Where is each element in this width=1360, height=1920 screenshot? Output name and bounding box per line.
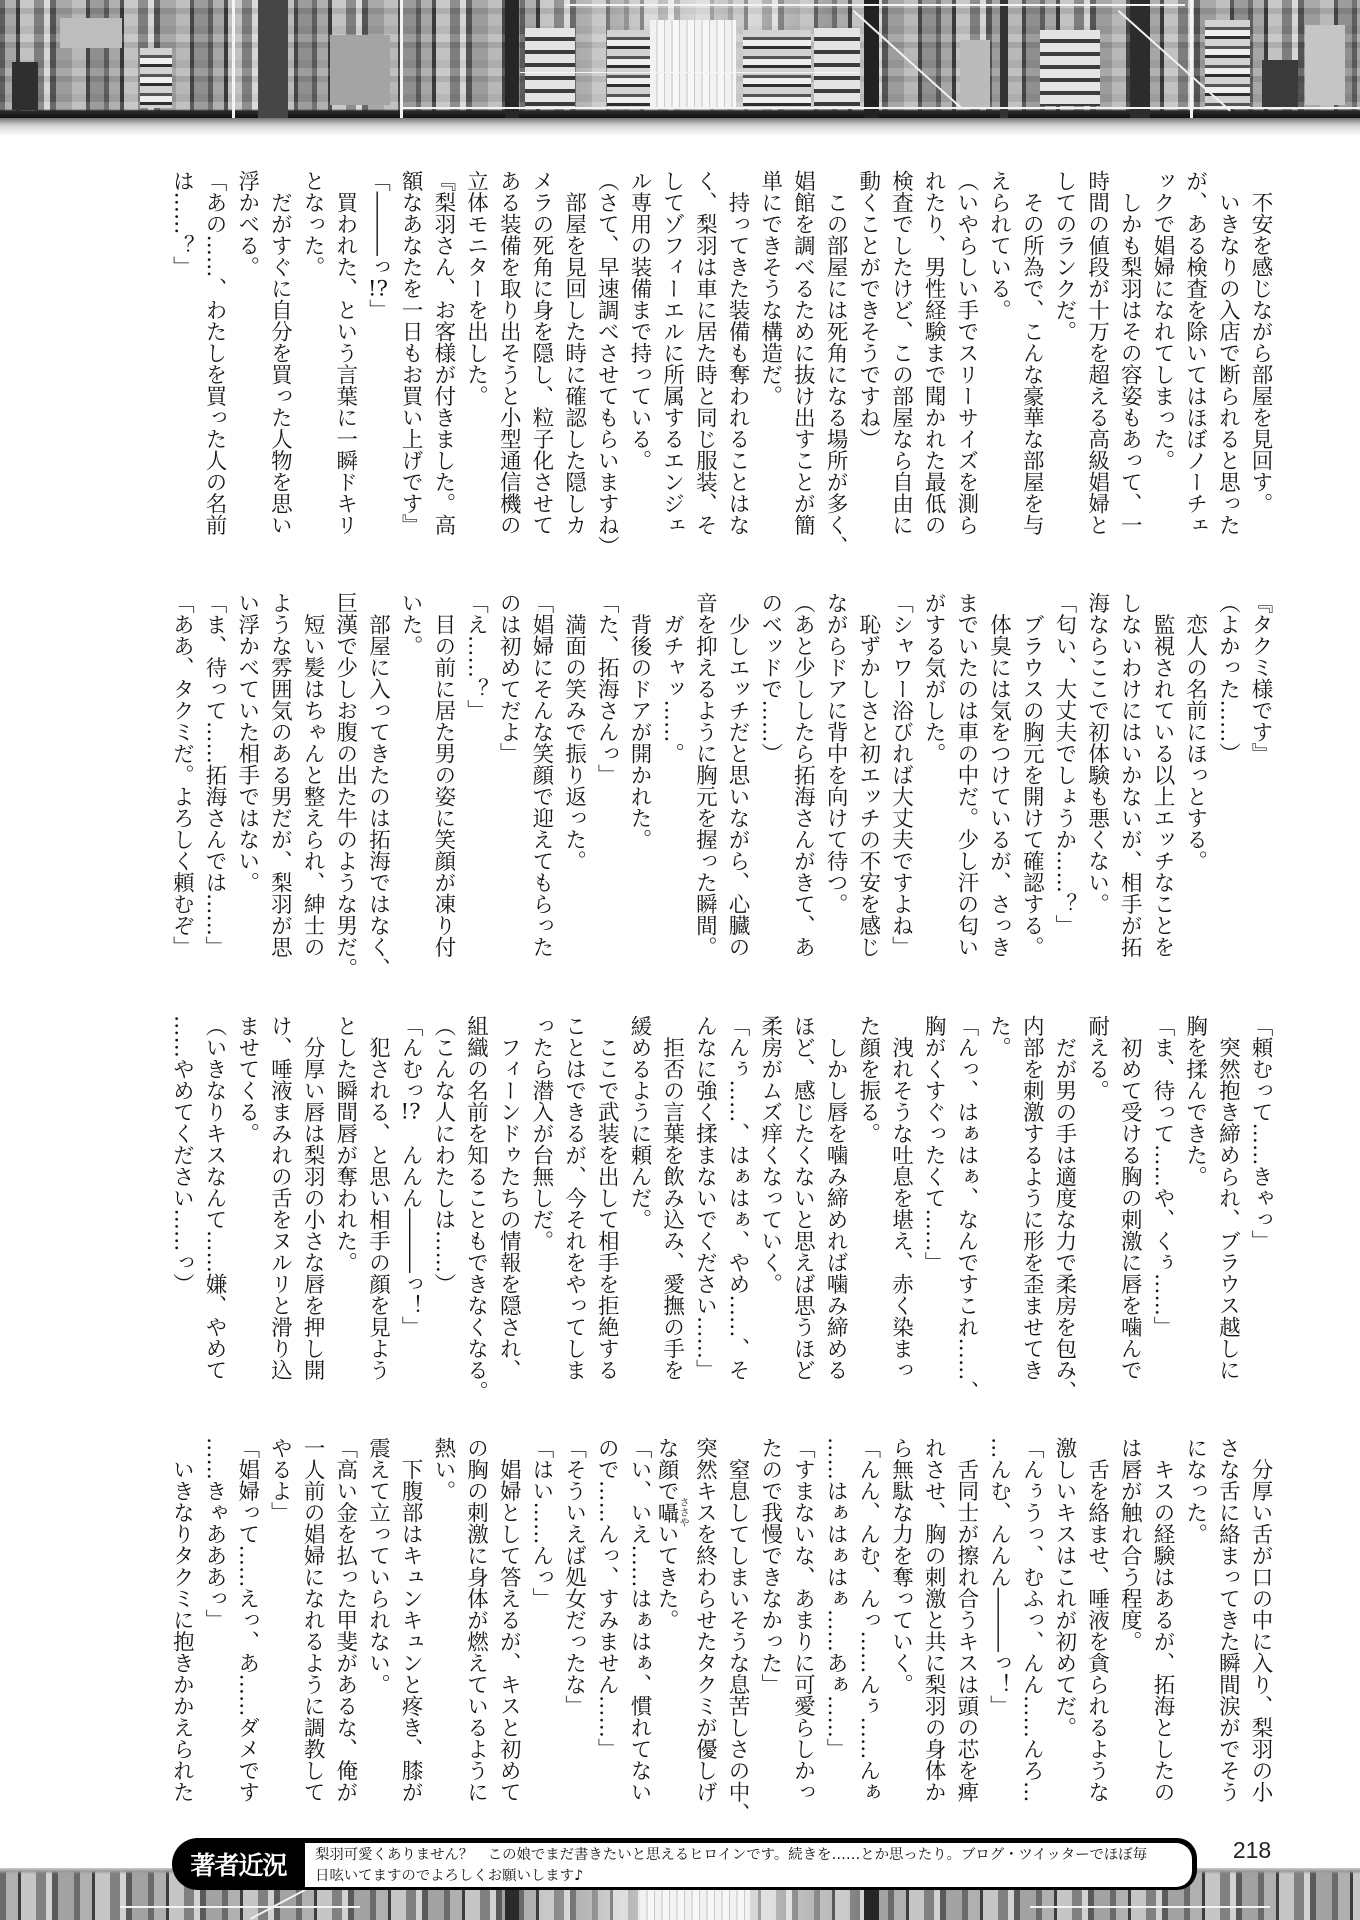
banner-white-line: [400, 107, 1360, 109]
text-column: しかも梨羽はその容姿もあって、一: [1113, 170, 1146, 562]
text-column: 「そういえば処女だったな」: [557, 1437, 590, 1829]
text-column: 舌を絡ませ、唾液を貪られるような: [1080, 1437, 1113, 1829]
banner-panel: [60, 18, 122, 48]
text-column: 「んむっ!? んんん―――っ！」: [393, 1015, 426, 1407]
text-column: は……？」: [165, 170, 198, 562]
text-column: 浮かべる。: [230, 170, 263, 562]
text-column: 検査でしたけど、この部屋なら自由に: [884, 170, 917, 562]
text-column: 単にできそうな構造だ。: [753, 170, 786, 562]
text-column: 突然抱き締められ、ブラウス越しに: [1211, 1015, 1244, 1407]
text-column: （よかった……）: [1211, 592, 1244, 984]
text-tier-1: 不安を感じながら部屋を見回す。 いきなりの入店で断られると思ったが、ある検査を除…: [164, 170, 1276, 562]
text-tier-3: 「頼むって……きゃっ」 突然抱き締められ、ブラウス越しに胸を揉んできた。「ま、待…: [164, 1015, 1276, 1407]
text-column: 動くことができそうですね）: [851, 170, 884, 562]
text-column: ませてくる。: [230, 1015, 263, 1407]
text-column: 分厚い舌が口の中に入り、梨羽の小: [1243, 1437, 1276, 1829]
text-column: （こんな人にわたしは……）: [426, 1015, 459, 1407]
text-column: け、唾液まみれの舌をヌルリと滑り込: [263, 1015, 296, 1407]
text-column: ら無駄な力を奪っていく。: [884, 1437, 917, 1829]
banner-white-line: [565, 4, 1185, 6]
text-column: 「んっ、はぁはぁ、なんですこれ……、: [949, 1015, 982, 1407]
text-column: 柔房がムズ痒くなっていく。: [753, 1015, 786, 1407]
text-column: 『梨羽さん、お客様が付きました。高: [426, 170, 459, 562]
text-column: 「はい……んっ」: [524, 1437, 557, 1829]
magazine-page: 不安を感じながら部屋を見回す。 いきなりの入店で断られると思ったが、ある検査を除…: [0, 0, 1360, 1920]
text-column: ガチャッ……。: [655, 592, 688, 984]
text-column: 「んん、んむ、んっ……んぅ……んぁ: [851, 1437, 884, 1829]
text-column: 胸を揉んできた。: [1178, 1015, 1211, 1407]
text-column: いきなりタクミに抱きかかえられた: [165, 1437, 198, 1829]
banner-panel: [960, 40, 990, 108]
text-column: 「え……？」: [459, 592, 492, 984]
text-column: 「ま、待って……拓海さんでは……」: [197, 592, 230, 984]
text-column: （いやらしい手でスリーサイズを測ら: [949, 170, 982, 562]
banner-dark-bar: [1262, 60, 1298, 108]
banner-white-line: [520, 72, 860, 73]
text-column: 少しエッチだと思いながら、心臓の: [720, 592, 753, 984]
text-column: 「い、いえ……はぁはぁ、慣れてない: [622, 1437, 655, 1829]
text-column: 巨漢で少しお腹の出た牛のような男だ。: [328, 592, 361, 984]
text-column: だが男の手は適度な力で柔房を包み、: [1047, 1015, 1080, 1407]
text-column: 満面の笑みで振り返った。: [557, 592, 590, 984]
text-column: しかし唇を噛み締めれば噛み締める: [818, 1015, 851, 1407]
text-column: 音を抑えるように胸元を握った瞬間。: [688, 592, 721, 984]
text-column: ……きゃあああっ」: [197, 1437, 230, 1829]
text-column: 立体モニターを出した。: [459, 170, 492, 562]
tate-chu-yoko: !?: [365, 278, 390, 300]
text-column: 「んぅ……、はぁはぁ、やめ……、そ: [720, 1015, 753, 1407]
text-column: ブラウスの胸元を開けて確認する。: [1015, 592, 1048, 984]
text-column: とした瞬間唇が奪われた。: [328, 1015, 361, 1407]
text-column: この部屋には死角になる場所が多く、: [818, 170, 851, 562]
text-column: 恋人の名前にほっとする。: [1178, 592, 1211, 984]
text-column: メラの死角に身を隠し、粒子化させて: [524, 170, 557, 562]
banner-slat-panel: [607, 30, 650, 108]
text-column: 「匂い、大丈夫でしょうか……？」: [1047, 592, 1080, 984]
text-column: してゾフィーエルに所属するエンジェ: [655, 170, 688, 562]
text-column: く、梨羽は車に居た時と同じ服装、そ: [688, 170, 721, 562]
text-column: 犯される、と思い相手の顔を見よう: [361, 1015, 394, 1407]
text-column: となった。: [295, 170, 328, 562]
banner-white-line: [1030, 1906, 1270, 1908]
text-column: 『タクミ様です』: [1243, 592, 1276, 984]
text-column: ある装備を取り出そうと小型通信機の: [492, 170, 525, 562]
text-column: だがすぐに自分を買った人物を思い: [263, 170, 296, 562]
text-column: 下腹部はキュンキュンと疼き、膝が: [393, 1437, 426, 1829]
banner-slat-panel: [140, 48, 172, 108]
text-column: 監視されている以上エッチなことを: [1145, 592, 1178, 984]
text-tier-4: 分厚い舌が口の中に入り、梨羽の小さな舌に絡まってきた瞬間涙がでそうになった。 キ…: [164, 1437, 1276, 1829]
text-column: 「娼婦って……えっ、あ……ダメです: [230, 1437, 263, 1829]
text-column: 突然キスを終わらせたタクミが優しげ: [688, 1437, 721, 1829]
text-column: フィーンドゥたちの情報を隠され、: [492, 1015, 525, 1407]
text-column: その所為で、こんな豪華な部屋を与: [1015, 170, 1048, 562]
text-column: 部屋を見回した時に確認した隠しカ: [557, 170, 590, 562]
banner-slat-panel: [525, 28, 575, 108]
text-column: 洩れそうな吐息を堪え、赤く染まっ: [884, 1015, 917, 1407]
text-column: 「た、拓海さんっ」: [590, 592, 623, 984]
text-column: が、ある検査を除いてはほぼノーチェ: [1178, 170, 1211, 562]
author-note-line-2: 日呟いてますのでよろしくお願いします♪: [315, 1866, 1192, 1887]
banner-dark-bar: [505, 0, 519, 118]
author-note-line-1: 梨羽可愛くありません？ この娘でまだ書きたいと思えるヒロインです。続きを……とか…: [315, 1845, 1192, 1866]
text-column: 「頼むって……きゃっ」: [1243, 1015, 1276, 1407]
text-column: になった。: [1178, 1437, 1211, 1829]
header-banner: [0, 0, 1360, 118]
banner-panel: [330, 35, 390, 105]
text-column: ったら潜入が台無しだ。: [524, 1015, 557, 1407]
text-column: 持ってきた装備も奪われることはな: [720, 170, 753, 562]
text-column: 「あの……、わたしを買った人の名前: [197, 170, 230, 562]
text-column: （いきなりキスなんて……嫌、やめて: [197, 1015, 230, 1407]
text-column: （あと少ししたら拓海さんがきて、あ: [786, 592, 819, 984]
text-column: 拒否の言葉を飲み込み、愛撫の手を: [655, 1015, 688, 1407]
text-column: ……はぁはぁはぁ……あぁ……」: [818, 1437, 851, 1829]
text-column: 「―――っ!?」: [361, 170, 394, 562]
text-column: 「シャワー浴びれば大丈夫ですよね」: [884, 592, 917, 984]
text-column: 震えて立っていられない。: [361, 1437, 394, 1829]
text-column: ル専用の装備まで持っている。: [622, 170, 655, 562]
text-column: がする気がした。: [916, 592, 949, 984]
text-column: えられている。: [982, 170, 1015, 562]
author-note-text: 梨羽可愛くありません？ この娘でまだ書きたいと思えるヒロインです。続きを……とか…: [305, 1843, 1192, 1887]
text-column: ……やめてください……っ）: [165, 1015, 198, 1407]
text-segment: な顔で: [654, 1437, 679, 1502]
text-column: 娼館を調べるために抜け出すことが簡: [786, 170, 819, 562]
text-column: のは初めてだよ」: [492, 592, 525, 984]
text-column: …んむ、んんん―――っ！」: [982, 1437, 1015, 1829]
text-column: さな舌に絡まってきた瞬間涙がでそう: [1211, 1437, 1244, 1829]
text-column: ックで娼婦になれてしまった。: [1145, 170, 1178, 562]
text-column: 舌同士が擦れ合うキスは頭の芯を痺: [949, 1437, 982, 1829]
text-column: たので我慢できなかった」: [753, 1437, 786, 1829]
text-column: 緩めるように頼んだ。: [622, 1015, 655, 1407]
text-column: 「高い金を払った甲斐があるな、俺が: [328, 1437, 361, 1829]
text-column: ことはできるが、今それをやってしま: [557, 1015, 590, 1407]
text-column: 「ま、待って……や、くぅ……」: [1145, 1015, 1178, 1407]
banner-panel: [1305, 25, 1345, 105]
text-column: 額なあなたを一日もお買い上げです』: [393, 170, 426, 562]
banner-white-line: [1190, 0, 1193, 118]
text-column: 分厚い唇は梨羽の小さな唇を押し開: [295, 1015, 328, 1407]
text-column: 「すまないな、あまりに可愛らしかっ: [786, 1437, 819, 1829]
text-column: の胸の刺激に身体が燃えているように: [459, 1437, 492, 1829]
text-column: んなに強く揉まないでください……」: [688, 1015, 721, 1407]
banner-dark-bar: [1000, 0, 1008, 118]
banner-dark-bar: [864, 0, 879, 118]
banner-slat-panel: [743, 30, 811, 108]
text-column: 激しいキスはこれが初めてだ。: [1047, 1437, 1080, 1829]
text-column: ような雰囲気のある男だが、梨羽が思: [263, 592, 296, 984]
text-column: れたり、男性経験まで聞かれた最低の: [916, 170, 949, 562]
text-column: 海ならここで初体験も悪くない。: [1080, 592, 1113, 984]
text-column: い浮かべていた相手ではない。: [230, 592, 263, 984]
text-column: してのランクだ。: [1047, 170, 1080, 562]
author-note-label: 著者近況: [172, 1838, 305, 1890]
banner-bright-center: [650, 20, 736, 108]
text-column: 耐える。: [1080, 1015, 1113, 1407]
text-column: いきなりの入店で断られると思った: [1211, 170, 1244, 562]
text-column: （さて、早速調べさせてもらいますね）: [590, 170, 623, 562]
text-column: 内部を刺激するように形を歪ませてき: [1015, 1015, 1048, 1407]
banner-dark-bar: [1130, 0, 1150, 118]
text-segment: いてきた。: [654, 1523, 679, 1631]
text-column: いた。: [393, 592, 426, 984]
text-column: な顔で囁ささやいてきた。: [655, 1437, 688, 1829]
text-column: 一人前の娼婦になれるように調教して: [295, 1437, 328, 1829]
text-column: 「娼婦にそんな笑顔で迎えてもらった: [524, 592, 557, 984]
text-column: のベッドで……）: [753, 592, 786, 984]
banner-dark-bar: [258, 0, 288, 118]
text-column: 娼婦として答えるが、キスと初めて: [492, 1437, 525, 1829]
text-column: れさせ、胸の刺激と共に梨羽の身体か: [916, 1437, 949, 1829]
ruby-text: ささや: [677, 1497, 688, 1527]
text-column: 体臭には気をつけているが、さっき: [982, 592, 1015, 984]
banner-white-line: [400, 0, 403, 118]
text-column: 不安を感じながら部屋を見回す。: [1243, 170, 1276, 562]
text-column: 買われた、という言葉に一瞬ドキリ: [328, 170, 361, 562]
text-column: 背後のドアが開かれた。: [622, 592, 655, 984]
text-column: 目の前に居た男の姿に笑顔が凍り付: [426, 592, 459, 984]
text-column: キスの経験はあるが、拓海としたの: [1145, 1437, 1178, 1829]
text-column: ここで武装を出して相手を拒絶する: [590, 1015, 623, 1407]
text-column: やるよ」: [263, 1437, 296, 1829]
banner-slat-panel: [814, 28, 860, 108]
banner-white-line: [232, 0, 235, 118]
text-column: 「んぅうっ、むふっ、んん……んろ…: [1015, 1437, 1048, 1829]
page-number: 218: [1226, 1837, 1278, 1864]
text-column: 「ああ、タクミだ。よろしく頼むぞ」: [165, 592, 198, 984]
text-column: た。: [982, 1015, 1015, 1407]
text-column: は唇が触れ合う程度。: [1113, 1437, 1146, 1829]
text-column: 窒息してしまいそうな息苦しさの中、: [720, 1437, 753, 1829]
ruby-annotation: 囁ささや: [654, 1502, 679, 1524]
text-column: ので……んっ、すみません……」: [590, 1437, 623, 1829]
tate-chu-yoko: !?: [398, 1101, 423, 1123]
text-column: 熱い。: [426, 1437, 459, 1829]
text-column: しないわけにはいかないが、相手が拓: [1113, 592, 1146, 984]
text-column: 初めて受ける胸の刺激に唇を噛んで: [1113, 1015, 1146, 1407]
text-column: ながらドアに背中を向けて待つ。: [818, 592, 851, 984]
header-shadow: [0, 118, 1360, 136]
text-column: 胸がくすぐったくて……」: [916, 1015, 949, 1407]
text-column: 恥ずかしさと初エッチの不安を感じ: [851, 592, 884, 984]
banner-dark-bar: [12, 62, 38, 110]
text-column: 組織の名前を知ることもできなくなる。: [459, 1015, 492, 1407]
text-column: ほど、感じたくないと思えば思うほど: [786, 1015, 819, 1407]
text-column: 時間の値段が十万を超える高級娼婦と: [1080, 170, 1113, 562]
banner-white-line: [120, 1906, 360, 1908]
text-column: た顔を振る。: [851, 1015, 884, 1407]
text-column: 短い髪はちゃんと整えられ、紳士の: [295, 592, 328, 984]
text-tier-2: 『タクミ様です』（よかった……） 恋人の名前にほっとする。 監視されている以上エ…: [164, 592, 1276, 984]
text-column: までいたのは車の中だ。少し汗の匂い: [949, 592, 982, 984]
banner-slat-panel: [1040, 30, 1100, 106]
text-column: 部屋に入ってきたのは拓海ではなく、: [361, 592, 394, 984]
